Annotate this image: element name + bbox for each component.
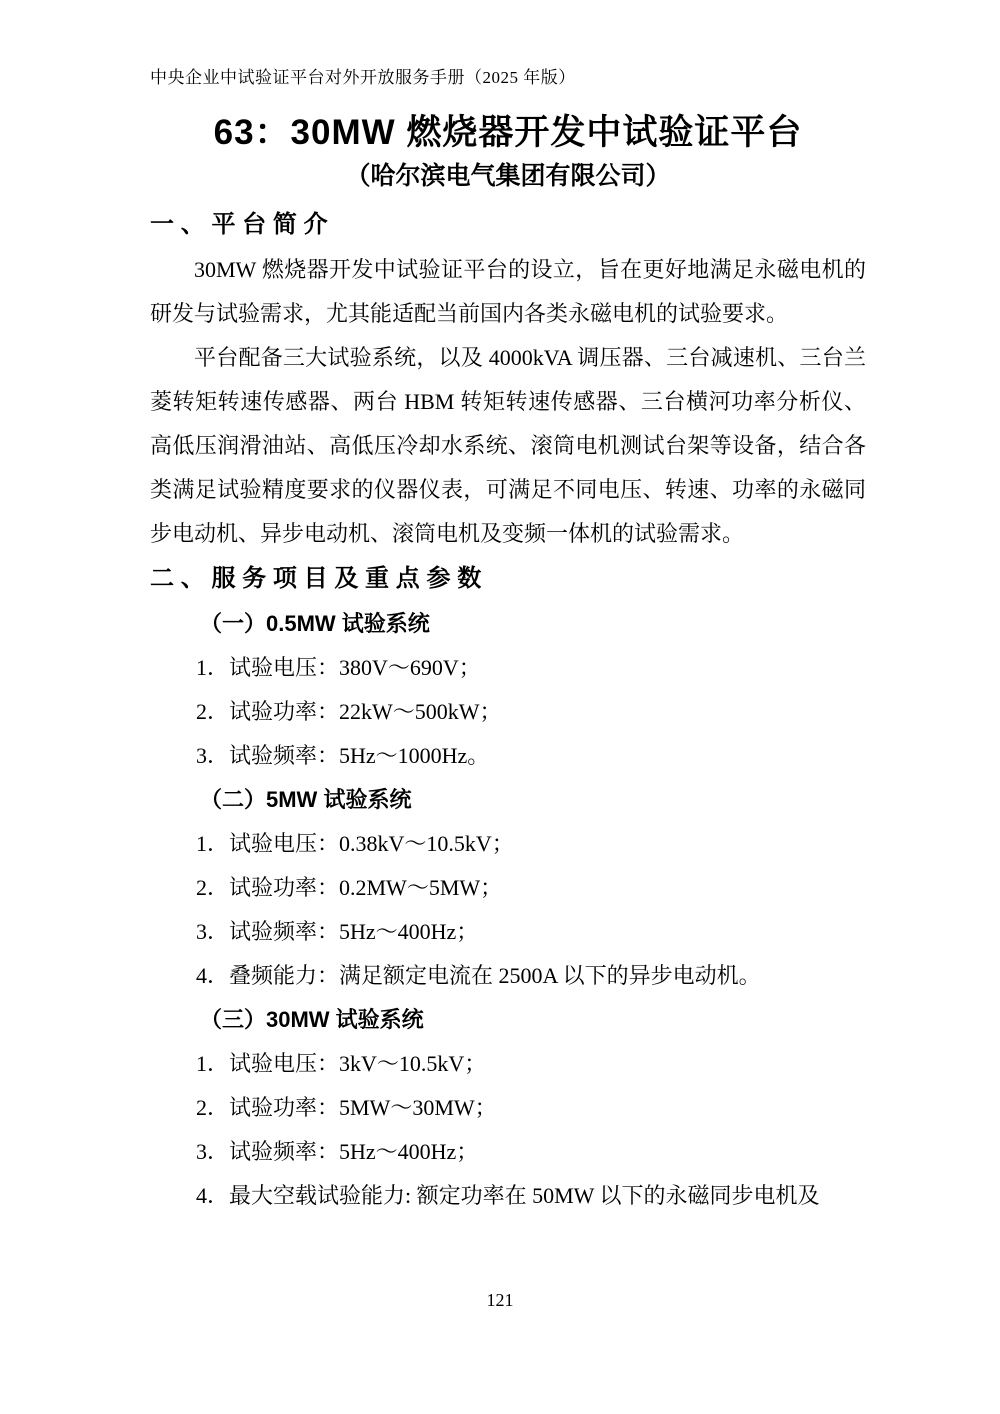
- spec-item: 2．试验功率：22kW～500kW；: [196, 690, 866, 734]
- subsection-0p5mw-heading: （一）0.5MW 试验系统: [200, 602, 866, 646]
- spec-item: 2．试验功率：0.2MW～5MW；: [196, 866, 866, 910]
- document-page: 中央企业中试验证平台对外开放服务手册（2025 年版） 63：30MW 燃烧器开…: [0, 0, 1000, 1414]
- page-number: 121: [0, 1290, 1000, 1311]
- page-title: 63：30MW 燃烧器开发中试验证平台: [150, 112, 866, 154]
- intro-paragraph-1: 30MW 燃烧器开发中试验证平台的设立，旨在更好地满足永磁电机的研发与试验需求，…: [150, 248, 866, 336]
- section-intro-heading: 一、平台简介: [150, 202, 866, 248]
- subsection-30mw-heading: （三）30MW 试验系统: [200, 998, 866, 1042]
- spec-item: 3．试验频率：5Hz～1000Hz。: [196, 734, 866, 778]
- spec-item: 4．叠频能力：满足额定电流在 2500A 以下的异步电动机。: [196, 954, 866, 998]
- subsection-5mw-heading: （二）5MW 试验系统: [200, 778, 866, 822]
- spec-item: 1．试验电压：380V～690V；: [196, 646, 866, 690]
- page-subtitle: （哈尔滨电气集团有限公司）: [150, 160, 866, 192]
- spec-item: 4．最大空载试验能力: 额定功率在 50MW 以下的永磁同步电机及: [196, 1174, 866, 1218]
- spec-item: 3．试验频率：5Hz～400Hz；: [196, 910, 866, 954]
- spec-item: 3．试验频率：5Hz～400Hz；: [196, 1130, 866, 1174]
- spec-item: 1．试验电压：3kV～10.5kV；: [196, 1042, 866, 1086]
- intro-paragraph-2: 平台配备三大试验系统，以及 4000kVA 调压器、三台减速机、三台兰菱转矩转速…: [150, 336, 866, 556]
- spec-item: 2．试验功率：5MW～30MW；: [196, 1086, 866, 1130]
- spec-item: 1．试验电压：0.38kV～10.5kV；: [196, 822, 866, 866]
- section-services-heading: 二、服务项目及重点参数: [150, 556, 866, 602]
- document-header: 中央企业中试验证平台对外开放服务手册（2025 年版）: [150, 66, 866, 90]
